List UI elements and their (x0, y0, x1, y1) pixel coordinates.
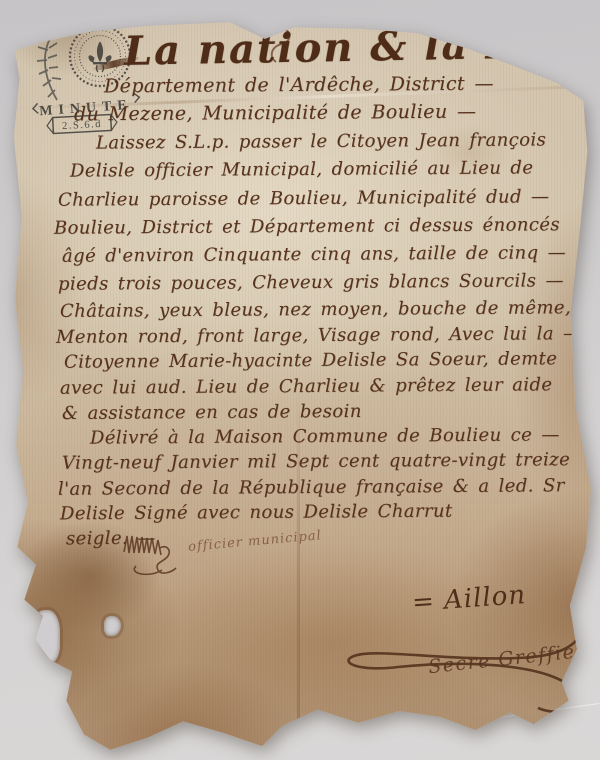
manuscript-line: & assistance en cas de besoin (62, 401, 362, 425)
manuscript-line: Citoyenne Marie-hyacinte Delisle Sa Soeu… (64, 348, 557, 373)
photo-of-document: MINUTE 2.S.6.d La nation & la Loi Départ… (8, 20, 592, 752)
manuscript-line: du Mezene, Municipalité de Boulieu — (74, 101, 477, 127)
paper-sheet: MINUTE 2.S.6.d La nation & la Loi Départ… (8, 20, 592, 752)
manuscript-heading: La nation & la Loi (124, 22, 562, 74)
paper-hole (104, 616, 121, 636)
manuscript-line: Delisle Signé avec nous Delisle Charrut (60, 501, 453, 525)
manuscript-line: avec lui aud. Lieu de Charlieu & prêtez … (60, 374, 553, 399)
manuscript-line: Département de l'Ardêche, District — (104, 73, 494, 99)
manuscript-line: Châtains, yeux bleus, nez moyen, bouche … (60, 297, 599, 322)
manuscript-line: l'an Second de la République française &… (58, 475, 565, 500)
paper-hole (30, 610, 60, 664)
manuscript-line: âgé d'environ Cinquante cinq ans, taille… (62, 242, 566, 267)
stamp-laurel-branch-icon (37, 26, 61, 100)
manuscript-line: Charlieu paroisse de Boulieu, Municipali… (58, 186, 550, 211)
manuscript-line: Delisle officier Municipal, domicilié au… (70, 157, 534, 182)
manuscript-line: Laissez S.L.p. passer le Citoyen Jean fr… (96, 129, 546, 154)
manuscript-line: Menton rond, front large, Visage rond, A… (56, 323, 582, 348)
manuscript-line: Boulieu, District et Département ci dess… (54, 214, 560, 239)
officer-signature-scribble (118, 526, 198, 582)
manuscript-line: Délivré à la Maison Commune de Boulieu c… (90, 424, 560, 449)
officer-note: officier municipal (188, 528, 323, 555)
manuscript-line: Vingt-neuf Janvier mil Sept cent quatre-… (62, 449, 570, 474)
manuscript-line: pieds trois pouces, Cheveux gris blancs … (58, 270, 564, 295)
